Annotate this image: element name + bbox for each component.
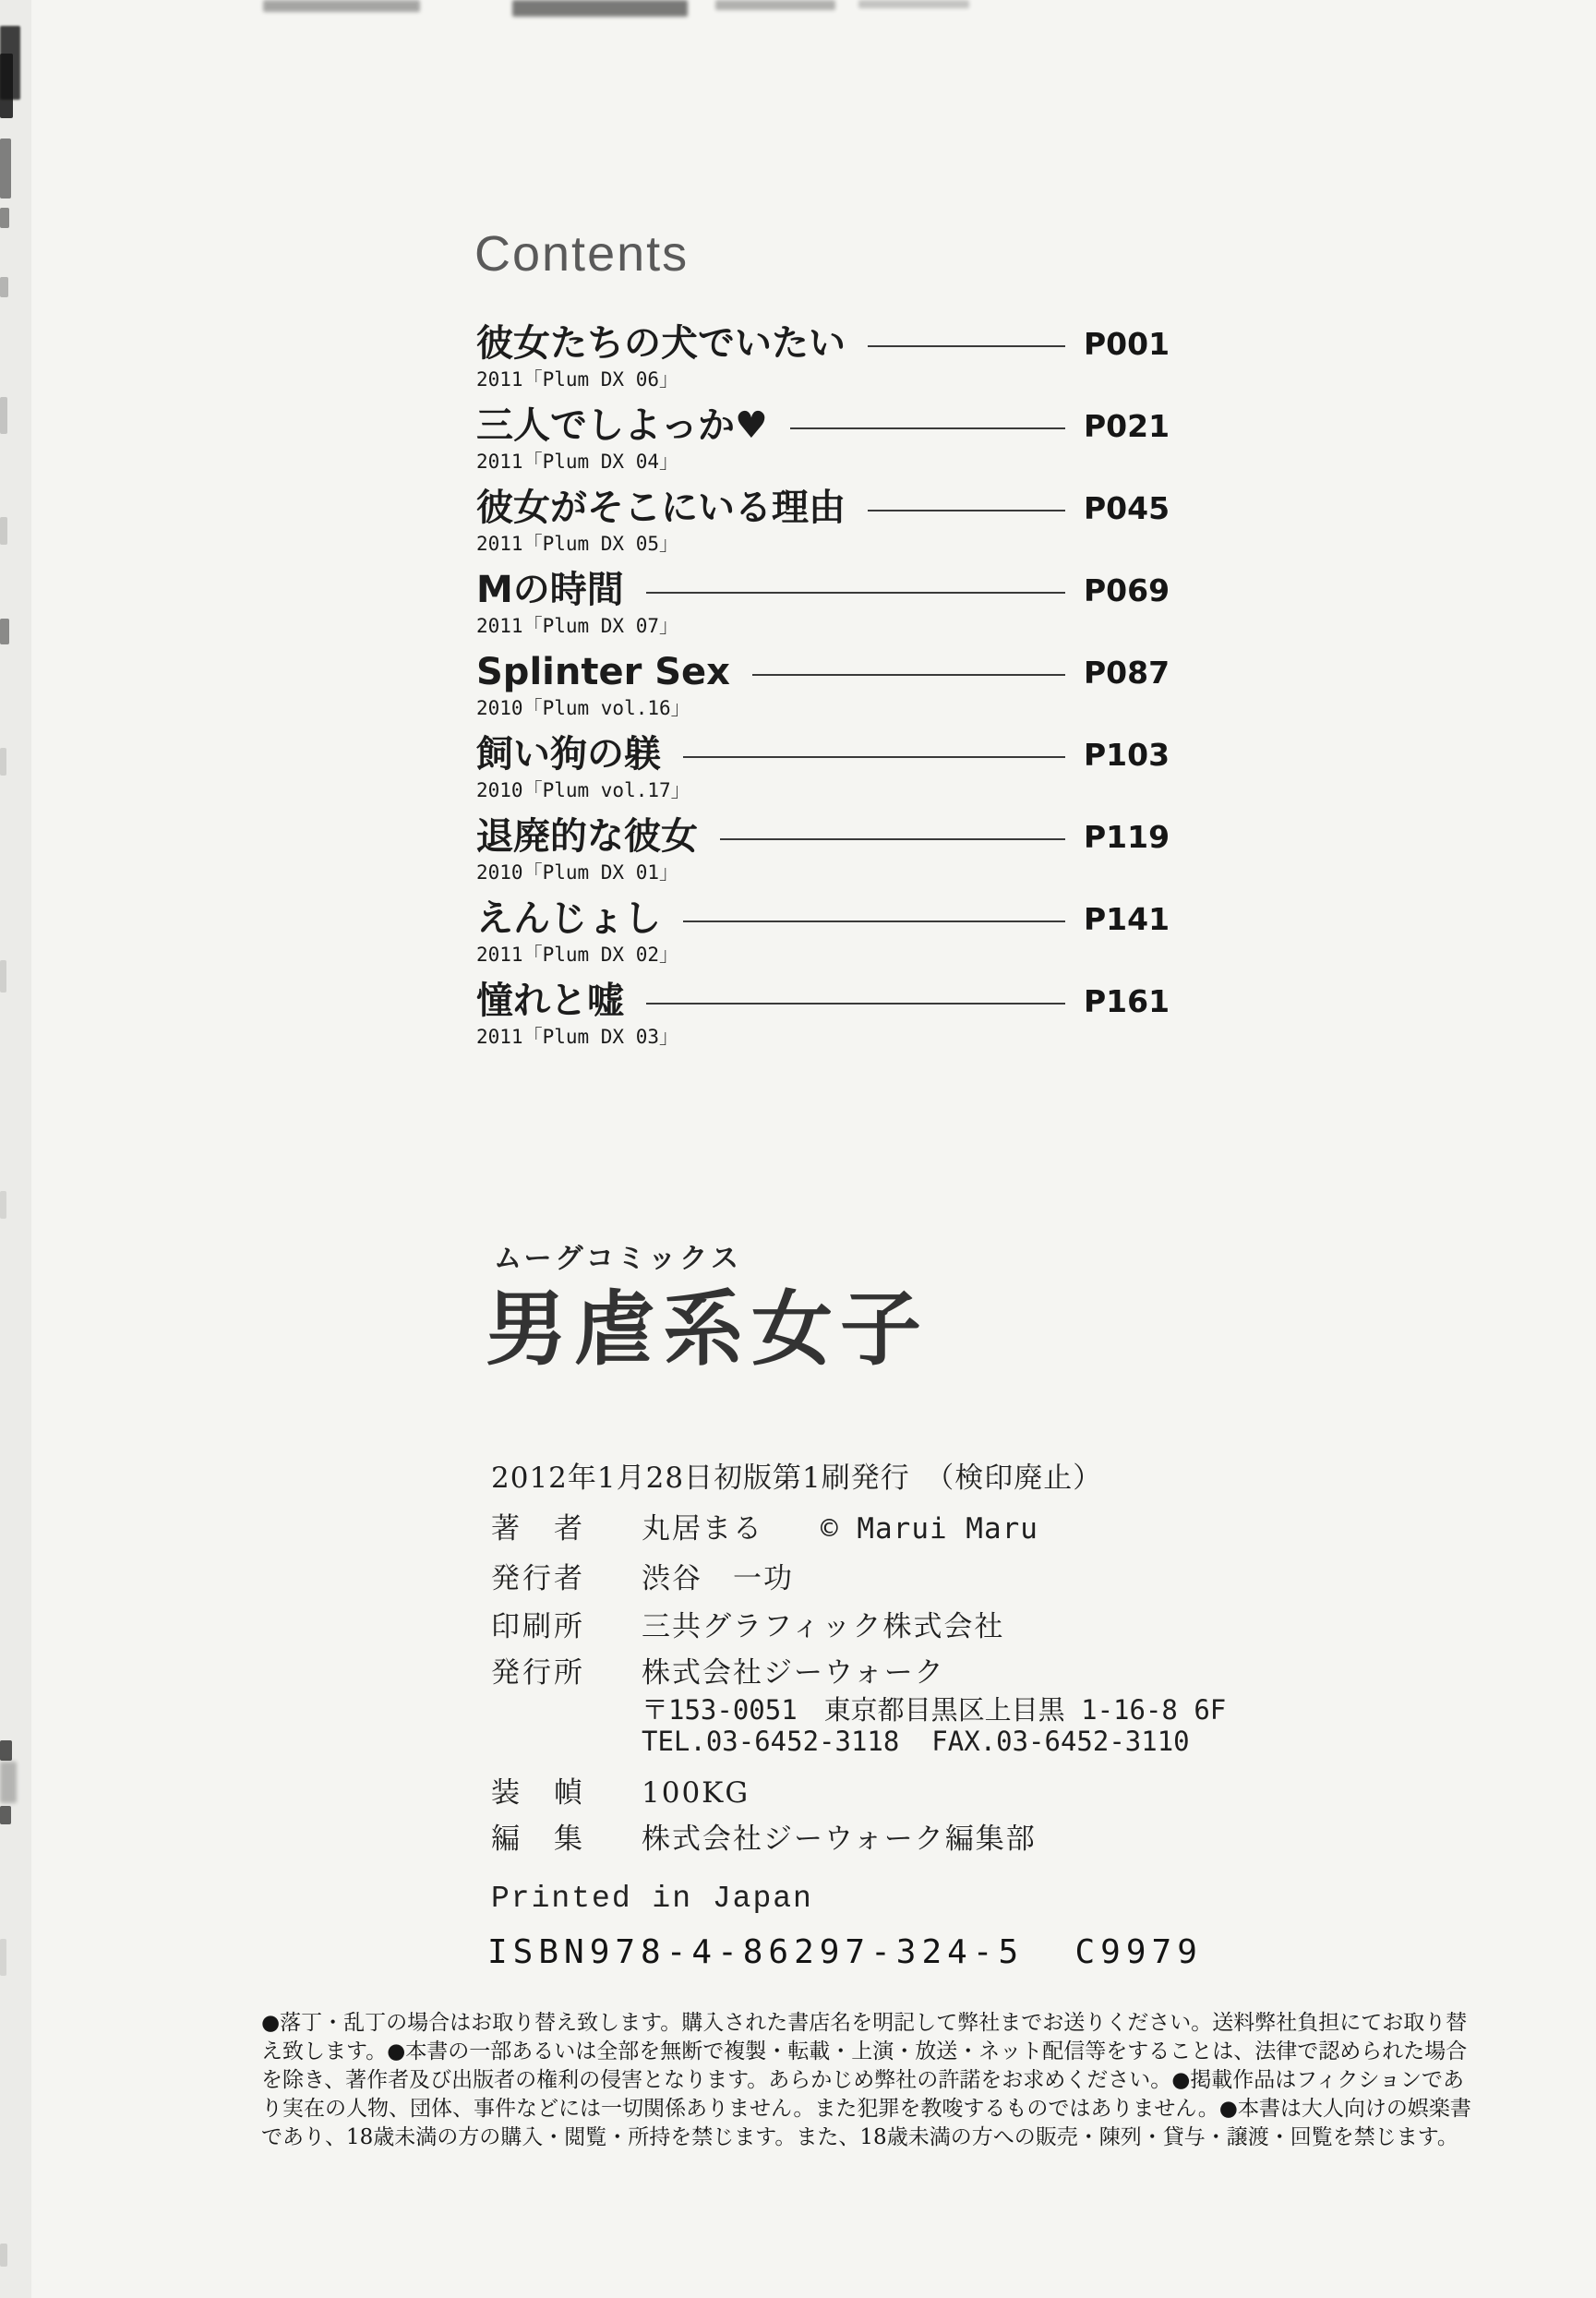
toc-entry-title: 飼い狗の躾 [476,732,661,776]
leader-line [646,1003,1065,1005]
scan-artifact [512,0,688,17]
scan-artifact [0,517,7,545]
disclaimer-line: ●落丁・乱丁の場合はお取り替え致します。購入された書店名を明記して弊社までお送り… [261,2009,1397,2038]
toc-entry-title: 憧れと嘘 [476,979,624,1023]
table-of-contents: 彼女たちの犬でいたい P001 2011「Plum DX 06」 三人でしよっか… [476,321,1165,1061]
toc-entry: Splinter Sex P087 2010「Plum vol.16」 [476,650,1165,720]
toc-entry-title: 彼女がそこにいる理由 [476,486,846,530]
toc-entry-page: P087 [1084,655,1165,691]
colophon-row-printer: 印刷所 三共グラフィック株式会社 [491,1603,1005,1644]
toc-entry-title: 退廃的な彼女 [476,814,698,859]
toc-entry: 彼女がそこにいる理由 P045 2011「Plum DX 05」 [476,486,1165,556]
printed-in-japan: Printed in Japan [491,1882,813,1916]
leader-line [646,592,1065,594]
toc-entry-source: 2011「Plum DX 03」 [476,1025,1165,1049]
toc-entry-source: 2011「Plum DX 02」 [476,943,1165,967]
toc-entry: 退廃的な彼女 P119 2010「Plum DX 01」 [476,814,1165,884]
colophon-label: 編 集 [491,1815,642,1857]
scan-artifact [0,1740,12,1761]
toc-entry-source: 2011「Plum DX 07」 [476,614,1165,638]
colophon-row-editing: 編 集 株式会社ジーウォーク編集部 [491,1815,1037,1857]
colophon-row-design: 装 幀 100KG [491,1769,750,1811]
scan-artifact [0,138,11,199]
scan-artifact [263,0,420,12]
disclaimer-line: り実在の人物、団体、事件などには一切関係ありません。また犯罪を教唆するものではあ… [261,2095,1397,2124]
toc-entry: Mの時間 P069 2011「Plum DX 07」 [476,568,1165,638]
colophon-row-publisher-person: 発行者 渋谷 一功 [491,1555,794,1596]
colophon-label: 装 幀 [491,1769,642,1811]
scan-artifact [0,397,7,434]
toc-entry-page: P021 [1084,408,1165,444]
colophon-value: 渋谷 一功 [642,1555,794,1596]
scan-artifact [0,748,6,776]
leader-line [683,920,1065,922]
toc-entry-page: P103 [1084,737,1165,773]
scan-artifact [0,2244,7,2267]
toc-entry-source: 2010「Plum vol.16」 [476,696,1165,720]
toc-entry-source: 2011「Plum DX 05」 [476,532,1165,556]
toc-entry: 三人でしよっか♥ P021 2011「Plum DX 04」 [476,403,1165,474]
scan-artifact [0,960,6,993]
leader-line [868,510,1065,511]
disclaimer-line: え致します。●本書の一部あるいは全部を無断で複製・転載・上演・放送・ネット配信等… [261,2038,1397,2066]
legal-disclaimer: ●落丁・乱丁の場合はお取り替え致します。購入された書店名を明記して弊社までお送り… [261,2009,1397,2152]
leader-line [683,756,1065,758]
toc-entry-source: 2010「Plum DX 01」 [476,860,1165,884]
contents-heading: Contents [474,225,689,283]
scan-artifact [0,1806,11,1824]
colophon-value: 三共グラフィック株式会社 [642,1603,1005,1644]
colophon-value: 株式会社ジーウォーク [642,1649,945,1690]
toc-entry-page: P141 [1084,901,1165,937]
toc-entry-title: Splinter Sex [476,650,730,694]
toc-entry-title: Mの時間 [476,568,624,612]
toc-entry: 飼い狗の躾 P103 2010「Plum vol.17」 [476,732,1165,802]
colophon-value: 100KG [642,1776,750,1810]
scan-artifact [0,1939,6,1976]
scan-artifact [0,1191,6,1219]
toc-entry-title: 三人でしよっか♥ [476,403,768,448]
scan-artifact [0,277,8,297]
scan-artifact [0,208,9,228]
toc-entry-title: 彼女たちの犬でいたい [476,321,846,366]
toc-entry: 憧れと嘘 P161 2011「Plum DX 03」 [476,979,1165,1049]
colophon-label: 印刷所 [491,1603,642,1644]
colophon-row-publishing-house: 発行所 株式会社ジーウォーク [491,1649,945,1690]
toc-entry-page: P119 [1084,819,1165,855]
leader-line [868,345,1065,347]
toc-entry: えんじょし P141 2011「Plum DX 02」 [476,896,1165,967]
leader-line [752,674,1065,676]
disclaimer-line: を除き、著作者及び出版者の権利の侵害となります。あらかじめ弊社の許諾をお求めくだ… [261,2066,1397,2095]
toc-entry-title: えんじょし [476,896,661,941]
colophon-label: 発行所 [491,1649,642,1690]
toc-entry: 彼女たちの犬でいたい P001 2011「Plum DX 06」 [476,321,1165,391]
scanned-colophon-page: Contents 彼女たちの犬でいたい P001 2011「Plum DX 06… [0,0,1596,2298]
colophon-label: 著 者 [491,1505,642,1546]
toc-entry-source: 2010「Plum vol.17」 [476,778,1165,802]
toc-entry-page: P001 [1084,326,1165,362]
toc-entry-page: P069 [1084,572,1165,608]
disclaimer-line: であり、18歳未満の方の購入・閲覧・所持を禁じます。また、18歳未満の方への販売… [261,2124,1397,2152]
publisher-phone-fax: TEL.03-6452-3118 FAX.03-6452-3110 [642,1726,1190,1757]
publisher-address: 〒153-0051 東京都目黒区上目黒 1-16-8 6F [642,1690,1226,1727]
scan-artifact [0,1762,17,1803]
toc-entry-source: 2011「Plum DX 06」 [476,367,1165,391]
scan-artifact [0,54,13,118]
toc-entry-source: 2011「Plum DX 04」 [476,450,1165,474]
scan-artifact [715,0,835,10]
toc-entry-page: P045 [1084,490,1165,526]
leader-line [790,427,1065,429]
scan-artifact [0,619,9,644]
colophon-value: 株式会社ジーウォーク編集部 [642,1815,1037,1857]
isbn-code: ISBN978-4-86297-324-5 C9979 [487,1933,1203,1971]
colophon-label: 発行者 [491,1555,642,1596]
imprint-label: ムーグコミックス [494,1235,742,1276]
book-title: 男虐系女子 [486,1283,929,1376]
leader-line [720,838,1065,840]
toc-entry-page: P161 [1084,983,1165,1019]
copyright-credit: © Marui Maru [821,1512,1038,1546]
colophon-row-author: 著 者 丸居まる © Marui Maru [491,1505,1038,1546]
scan-artifact [858,0,969,8]
colophon-value: 丸居まる [642,1505,763,1546]
edition-line: 2012年1月28日初版第1刷発行 （検印廃止） [491,1454,1102,1496]
